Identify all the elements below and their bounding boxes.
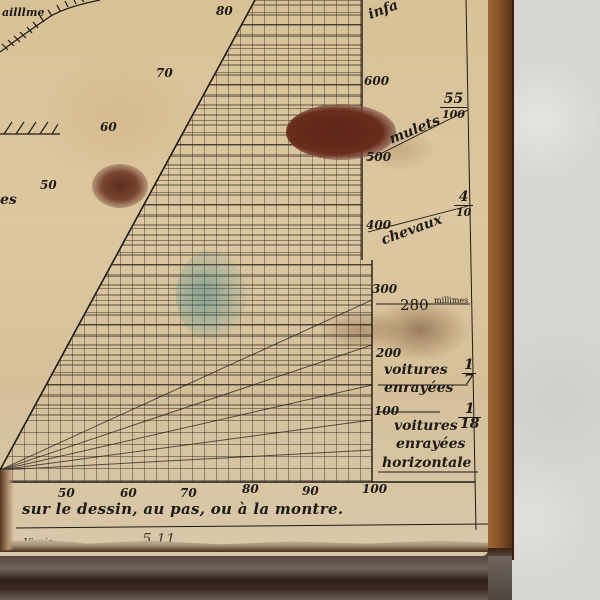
diagonal-tick-70: 70 — [156, 66, 173, 80]
label-horizontale: horizontale — [382, 455, 471, 471]
label-voitures-1: voitures — [384, 362, 448, 378]
damage-hole-stain — [92, 164, 148, 208]
bottom-tick-90: 90 — [302, 484, 319, 498]
label-enrayees-2: enrayées — [396, 436, 465, 452]
fraction-voitures-enrayees: 1 7 — [462, 358, 476, 387]
bottom-tick-50: 50 — [58, 486, 75, 500]
wooden-box-corner — [488, 556, 512, 600]
diagonal-tick-80: 80 — [216, 4, 233, 18]
fraction-voitures-horizontale: 1 18 — [458, 402, 481, 431]
fraction-mulets: 55 100 — [440, 92, 467, 121]
label-millimes: millimes — [434, 296, 468, 305]
bottom-tick-70: 70 — [180, 486, 197, 500]
diagonal-tick-60: 60 — [100, 120, 117, 134]
label-280: 280 — [400, 296, 429, 314]
nomogram-grid — [0, 0, 488, 556]
bottom-tick-100: 100 — [362, 482, 387, 496]
bottom-tick-80: 80 — [242, 482, 259, 496]
right-tick-500: 500 — [366, 150, 391, 164]
fraction-chevaux: 4 10 — [454, 190, 473, 219]
right-tick-300: 300 — [372, 282, 397, 296]
label-enrayees-1: enrayées — [384, 380, 453, 396]
blue-ink-stain — [176, 250, 246, 340]
label-voitures-2: voitures — [394, 418, 458, 434]
right-tick-200: 200 — [376, 346, 401, 360]
torn-paper-edge-left — [0, 470, 14, 550]
right-tick-600: 600 — [364, 74, 389, 88]
left-edge-label: es — [0, 192, 17, 208]
chart-caption: sur le dessin, au pas, ou à la montre. — [22, 500, 343, 518]
bottom-tick-60: 60 — [120, 486, 137, 500]
right-tick-100: 100 — [374, 404, 399, 418]
terrain-label: ailllme — [2, 6, 44, 19]
diagonal-tick-50: 50 — [40, 178, 57, 192]
